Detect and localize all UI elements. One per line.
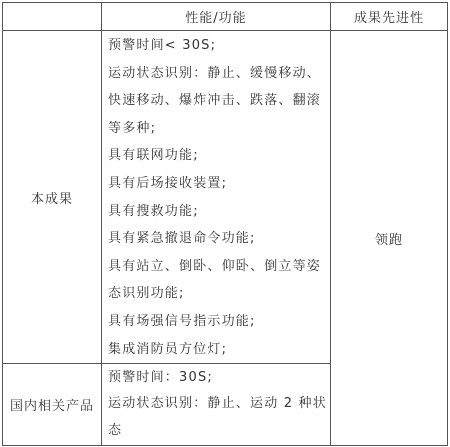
feature-line: 态识别功能; [108, 280, 326, 308]
feature-line: 运动状态识别：静止、缓慢移动、 [108, 60, 326, 88]
feature-line: 预警时间< 30S; [108, 32, 326, 60]
feature-line: 运动状态识别：静止、运动 2 种状 [108, 391, 326, 418]
feature-line: 具有后场接收装置; [108, 170, 326, 198]
header-advancement: 成果先进性 [331, 3, 448, 31]
row-label-this-result: 本成果 [3, 31, 102, 364]
features-cell-domestic-products: 预警时间：30S; 运动状态识别：静止、运动 2 种状 态 [102, 364, 331, 446]
header-performance-function: 性能/功能 [102, 3, 331, 31]
feature-line: 具有场强信号指示功能; [108, 308, 326, 336]
feature-line: 预警时间：30S; [108, 365, 326, 392]
feature-line: 等多种; [108, 115, 326, 143]
comparison-table: 性能/功能 成果先进性 本成果 预警时间< 30S; 运动状态识别：静止、缓慢移… [2, 2, 448, 446]
table-row-this-result: 本成果 预警时间< 30S; 运动状态识别：静止、缓慢移动、 快速移动、爆炸冲击… [3, 31, 448, 364]
feature-line: 具有联网功能; [108, 142, 326, 170]
feature-line: 快速移动、爆炸冲击、跌落、翻滚 [108, 87, 326, 115]
feature-line: 态 [108, 418, 326, 445]
advancement-cell: 领跑 [331, 31, 448, 446]
feature-line: 集成消防员方位灯; [108, 336, 326, 364]
feature-line: 具有紧急撤退命令功能; [108, 225, 326, 253]
header-empty-cell [3, 3, 102, 31]
features-cell-this-result: 预警时间< 30S; 运动状态识别：静止、缓慢移动、 快速移动、爆炸冲击、跌落、… [102, 31, 331, 364]
table-header-row: 性能/功能 成果先进性 [3, 3, 448, 31]
feature-line: 具有站立、倒卧、仰卧、倒立等姿 [108, 253, 326, 281]
row-label-domestic-products: 国内相关产品 [3, 364, 102, 446]
feature-line: 具有搜救功能; [108, 198, 326, 226]
